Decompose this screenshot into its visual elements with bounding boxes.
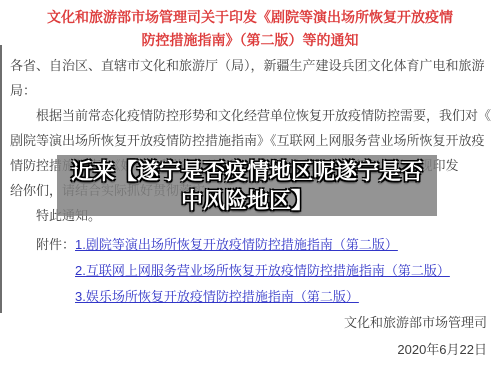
attachment-link-3[interactable]: 3.娱乐场所恢复开放疫情防控措施指南（第二版）: [75, 284, 450, 310]
body-salutation-line-2: 局：: [10, 78, 492, 103]
document-title-line-1: 文化和旅游部市场管理司关于印发《剧院等演出场所恢复开放疫情: [28, 6, 472, 29]
document-title: 文化和旅游部市场管理司关于印发《剧院等演出场所恢复开放疫情 防控措施指南》（第二…: [28, 6, 472, 52]
attachment-links: 1.剧院等演出场所恢复开放疫情防控措施指南（第二版） 2.互联网上网服务营业场所…: [75, 232, 450, 310]
watermark-text-line-1: 近来【遂宁是否疫情地区呢遂宁是否: [71, 157, 423, 186]
attachment-link-1[interactable]: 1.剧院等演出场所恢复开放疫情防控措施指南（第二版）: [75, 232, 450, 258]
left-edge-line: [0, 45, 2, 313]
body-paragraph-line-1: 根据当前常态化疫情防控形势和文化经营单位恢复开放疫情防控需要，我们对《: [10, 103, 492, 128]
watermark-overlay: 近来【遂宁是否疫情地区呢遂宁是否 中风险地区】: [57, 155, 437, 216]
watermark-text-line-2: 中风险地区】: [181, 186, 313, 215]
body-salutation-line-1: 各省、自治区、直辖市文化和旅游厅（局），新疆生产建设兵团文化体育广电和旅游: [10, 53, 492, 78]
signature-org: 文化和旅游部市场管理司: [344, 310, 487, 336]
attachments-label: 附件：: [36, 232, 75, 258]
signature-date: 2020年6月22日: [397, 337, 487, 363]
document-title-line-2: 防控措施指南》（第二版）等的通知: [28, 29, 472, 52]
body-paragraph-line-2: 剧院等演出场所恢复开放疫情防控措施指南》《互联网上网服务营业场所恢复开放疫: [10, 128, 492, 153]
document-page: 文化和旅游部市场管理司关于印发《剧院等演出场所恢复开放疫情 防控措施指南》（第二…: [0, 0, 500, 371]
attachments-block: 附件： 1.剧院等演出场所恢复开放疫情防控措施指南（第二版） 2.互联网上网服务…: [36, 232, 492, 310]
attachment-link-2[interactable]: 2.互联网上网服务营业场所恢复开放疫情防控措施指南（第二版）: [75, 258, 450, 284]
